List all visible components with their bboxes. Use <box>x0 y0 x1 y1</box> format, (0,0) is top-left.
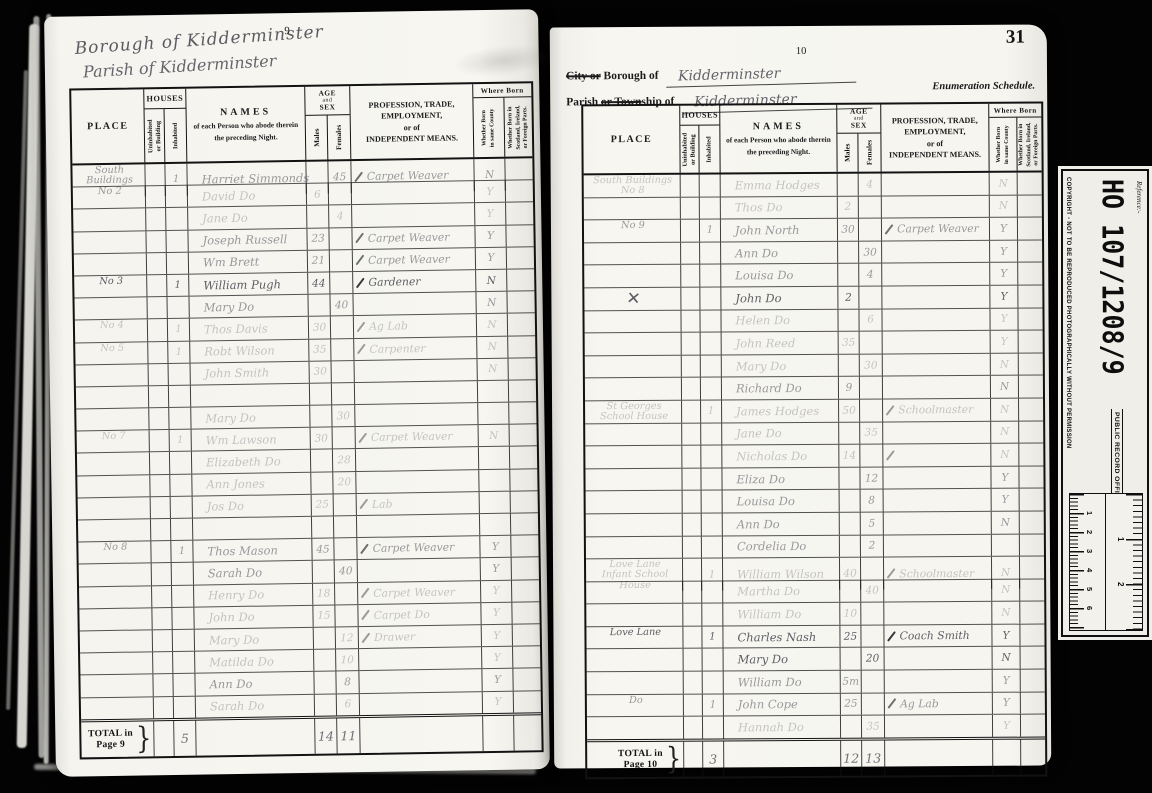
table-body: South Buildings No 8Emma Hodges4NThos Do… <box>584 173 1045 740</box>
ruler-number: 1 <box>1085 511 1094 515</box>
cell-b1: Y <box>475 203 506 225</box>
handwritten-text: Y <box>1001 471 1008 483</box>
cell-name: Mary Do <box>195 628 314 651</box>
handwritten-text: Mary Do <box>204 299 255 314</box>
cell-b1: Y <box>990 218 1018 240</box>
handwritten-text: Eliza Do <box>736 472 785 486</box>
handwritten-text: Nicholas Do <box>736 449 807 463</box>
cell-u <box>683 581 702 603</box>
cell-name: Elizabeth Do <box>192 450 311 473</box>
handwritten-text: Coach Smith <box>900 629 970 642</box>
cell-i: 1 <box>170 430 192 452</box>
handwritten-text: 50 <box>842 404 855 416</box>
cell-f <box>860 332 883 354</box>
cell-i <box>172 563 194 585</box>
header-where-born-label: Where Born <box>473 83 531 98</box>
handwritten-text: Thos Mason <box>207 543 278 558</box>
cell-place: South Buildings No 8 <box>584 175 681 197</box>
cell-b2 <box>1019 466 1043 488</box>
cell-place <box>76 364 149 386</box>
cell-prof <box>884 512 992 534</box>
header-names-line3: the preceding Night. <box>747 147 810 156</box>
cell-f <box>859 286 882 308</box>
handwritten-text: 5 <box>868 517 875 529</box>
cell-name: Jane Do <box>722 422 839 444</box>
handwritten-text: Mary Do <box>736 359 787 373</box>
profession-line2: EMPLOYMENT, <box>381 110 442 122</box>
profession-line4: INDEPENDENT MEANS. <box>889 149 981 161</box>
check-mark <box>358 432 367 443</box>
cell-b2 <box>510 447 537 469</box>
cell-place <box>585 446 682 468</box>
cell-place: No 4 <box>75 320 148 342</box>
cell-i <box>703 717 724 739</box>
census-row: Louisa Do4Y <box>584 263 1042 288</box>
total-brace: } <box>666 743 681 775</box>
cell-place: No 3 <box>74 275 147 297</box>
ruler-number: 5 <box>1085 587 1094 591</box>
handwritten-text: Ann Do <box>737 517 780 531</box>
handwritten-text: Y <box>1000 245 1007 257</box>
cell-b1: Y <box>475 181 506 203</box>
check-mark <box>355 233 364 244</box>
handwritten-text: 35 <box>866 721 879 733</box>
cell-m <box>841 716 862 738</box>
handwritten-text: Ag Lab <box>900 697 939 710</box>
handwritten-text: Jos Do <box>207 499 244 514</box>
cell-u <box>683 536 702 558</box>
cell-place: Love Lane <box>586 627 683 649</box>
header-names: NAMES of each Person who abode therein t… <box>720 105 837 173</box>
cell-place <box>586 536 683 558</box>
cell-u <box>682 333 701 355</box>
cell-b1: N <box>991 421 1019 443</box>
cell-name: Robt Wilson <box>190 339 309 362</box>
cell-u <box>683 604 702 626</box>
cell-b1: Y <box>992 625 1020 647</box>
handwritten-text: 9 <box>846 382 853 394</box>
handwritten-text: 25 <box>844 630 857 642</box>
handwritten-text: N <box>485 169 494 181</box>
total-uninhabited-cell <box>684 741 703 776</box>
cell-prof: Carpet Do <box>358 603 481 626</box>
x-mark: ✕ <box>588 287 679 314</box>
cell-b2 <box>1021 692 1045 714</box>
handwritten-text: 18 <box>317 588 331 600</box>
cell-f <box>860 399 883 421</box>
cell-m <box>314 627 336 649</box>
handwritten-text: Y <box>1002 494 1009 506</box>
cell-f: 20 <box>333 472 356 494</box>
handwritten-text: Y <box>1003 697 1010 709</box>
handwritten-text: 35 <box>313 344 327 356</box>
handwritten-text: Joseph Russell <box>202 232 287 247</box>
cell-place <box>586 514 683 536</box>
cell-i <box>173 652 195 674</box>
cell-f: 30 <box>860 354 883 376</box>
cell-name: James Hodges <box>722 400 839 422</box>
cell-m <box>839 354 860 376</box>
cell-prof <box>883 331 991 353</box>
cell-f <box>859 219 882 241</box>
handwritten-text: 5m <box>842 676 859 688</box>
cell-prof <box>885 647 993 669</box>
cell-b1: Y <box>481 558 512 580</box>
total-brace: } <box>136 723 152 755</box>
pencil-smudge <box>452 41 555 81</box>
handwritten-text: 1 <box>177 435 184 446</box>
cell-b2 <box>1020 489 1044 511</box>
handwritten-text: Schoolmaster <box>899 566 974 579</box>
census-page-left: Borough of Kidderminster Parish of Kidde… <box>44 9 550 777</box>
total-born-county-cell <box>993 740 1021 775</box>
header-males-label: Males <box>312 118 321 158</box>
census-page-right: 10 31 City or Borough of Kidderminster P… <box>550 24 1052 768</box>
cell-m: 30 <box>311 428 333 450</box>
cell-u <box>149 408 169 429</box>
cell-place <box>585 378 682 400</box>
cell-m: 35 <box>839 332 860 354</box>
cell-name: Sarah Do <box>194 561 313 584</box>
handwritten-text: 1 <box>175 280 182 291</box>
handwritten-text: 45 <box>316 543 330 555</box>
cell-m <box>315 694 337 716</box>
handwritten-text: 23 <box>311 233 325 245</box>
cell-prof <box>356 470 479 493</box>
cell-i <box>702 604 723 626</box>
total-inhabited-cell: 3 <box>703 741 724 776</box>
handwritten-text: 2 <box>869 540 876 552</box>
ruler: 12 123456 <box>1069 493 1143 631</box>
check-mark <box>361 610 370 621</box>
cell-prof <box>882 308 990 330</box>
cell-u <box>151 497 171 518</box>
cell-place <box>587 672 684 694</box>
cell-m: 35 <box>309 339 331 361</box>
handwritten-text: 40 <box>843 568 856 580</box>
cell-m <box>307 206 329 228</box>
handwritten-text: 10 <box>844 608 857 620</box>
total-uninhabited-cell <box>154 721 175 756</box>
cell-m <box>838 309 859 331</box>
cell-f: 35 <box>860 422 883 444</box>
census-row: Love Lane Infant School House1William Wi… <box>586 557 1044 582</box>
total-males: 14 <box>318 728 334 743</box>
cell-u <box>681 288 700 310</box>
cell-f <box>332 361 355 383</box>
table-body: South Buildings No 21Harriet Simmonds45C… <box>72 158 541 719</box>
check-mark <box>354 171 363 182</box>
handwritten-text: Y <box>1000 268 1007 280</box>
cell-prof <box>883 421 991 443</box>
handwritten-text: 40 <box>865 585 878 597</box>
cell-place <box>73 209 146 231</box>
cell-i: 1 <box>700 220 721 242</box>
total-born-elsewhere-cell <box>1021 739 1045 774</box>
cell-b2 <box>1018 263 1042 285</box>
cell-prof: Carpet Weaver <box>882 218 990 240</box>
cell-b1: Y <box>475 225 506 247</box>
header-houses-label: HOUSES <box>144 89 185 110</box>
cell-u <box>684 694 703 716</box>
cell-u <box>681 220 700 242</box>
cell-b2 <box>1019 353 1043 375</box>
cell-b1: N <box>992 579 1020 601</box>
cell-f <box>861 603 884 625</box>
cell-b1: Y <box>480 536 511 558</box>
cell-m: 30 <box>309 317 331 339</box>
cell-u <box>147 275 167 296</box>
cell-b1: Y <box>990 240 1018 262</box>
handwritten-text: 1 <box>179 546 186 557</box>
cell-prof <box>359 669 482 692</box>
cell-u <box>148 342 168 363</box>
cell-f: 20 <box>862 648 885 670</box>
cell-prof <box>353 292 476 315</box>
cell-u <box>149 364 169 385</box>
cell-u <box>683 626 702 648</box>
cell-m <box>840 535 861 557</box>
handwritten-text: Richard Do <box>736 381 802 395</box>
cell-name: John Smith <box>191 361 310 384</box>
cell-i <box>700 310 721 332</box>
borough-of-label: Borough of <box>603 70 658 82</box>
census-row: William Do5mY <box>587 670 1045 695</box>
header-born-elsewhere-label: Whether Born in Scotland, Ireland, or Fo… <box>1018 115 1041 173</box>
census-row: No 91John North30Carpet WeaverY <box>584 218 1042 243</box>
cell-b2 <box>1018 173 1042 195</box>
handwritten-text: 15 <box>317 610 331 622</box>
cell-b2 <box>1019 376 1043 398</box>
handwritten-text: No 3 <box>78 276 144 287</box>
cell-f: 4 <box>859 264 882 286</box>
cell-b1 <box>479 447 510 469</box>
check-mark <box>361 588 370 599</box>
cell-prof <box>352 204 475 227</box>
census-row: Do1John Cope25Ag LabY <box>587 692 1045 717</box>
handwritten-text: N <box>1001 607 1010 619</box>
cell-place <box>587 649 684 671</box>
ruler-number: 1 <box>1116 537 1125 541</box>
cell-place <box>584 265 681 287</box>
cell-name: Mary Do <box>722 355 839 377</box>
cell-m <box>839 422 860 444</box>
cell-u <box>151 541 171 562</box>
check-mark <box>359 499 368 510</box>
cell-name: Cordelia Do <box>723 535 840 557</box>
handwritten-text: Louisa Do <box>737 494 795 508</box>
handwritten-text: 1 <box>707 225 713 236</box>
handwritten-text: 4 <box>866 178 873 190</box>
cell-u <box>147 297 167 318</box>
cell-f: 8 <box>336 671 359 693</box>
census-row: Richard Do9N <box>585 376 1043 401</box>
cell-place <box>78 497 151 519</box>
cell-f <box>333 427 356 449</box>
cell-b1: Y <box>990 286 1018 308</box>
cell-name: Nicholas Do <box>722 445 839 467</box>
cell-m: 5m <box>841 671 862 693</box>
header-age-sex: AGE and SEX Males Females <box>305 86 351 160</box>
total-profession-cell <box>885 740 993 776</box>
header-males: Males <box>837 134 858 172</box>
cell-i: 1 <box>168 341 190 363</box>
handwritten-text: 45 <box>333 171 347 183</box>
cell-i <box>703 672 724 694</box>
cell-name: Louisa Do <box>721 264 838 286</box>
census-row: Mary Do30N <box>585 353 1043 378</box>
handwritten-text: 2 <box>844 201 851 213</box>
cell-m <box>841 648 862 670</box>
header-where-born: Where Born Whether Born in same County W… <box>473 83 532 157</box>
ruler-cm-scale: 123456 <box>1070 494 1106 630</box>
census-row: Cordelia Do2 <box>586 534 1044 559</box>
cell-name: John North <box>721 219 838 241</box>
header-inhabited-label: Inhabited <box>171 110 180 160</box>
cell-b2 <box>1021 670 1045 692</box>
cell-u <box>682 378 701 400</box>
cell-name: Ann Do <box>723 513 840 535</box>
header-born-county-label: Whether Born in same County <box>995 115 1010 173</box>
cell-i <box>167 252 189 274</box>
handwritten-text: South Buildings No 8 <box>588 176 678 197</box>
header-born-county: Whether Born in same County <box>473 98 505 157</box>
cell-name: Helen Do <box>721 309 838 331</box>
cell-prof <box>884 534 992 556</box>
total-names-cell <box>196 718 316 755</box>
handwritten-text: Mary Do <box>205 410 256 425</box>
handwritten-text: 30 <box>337 410 351 422</box>
census-row: Love Lane1Charles Nash25Coach SmithY <box>586 624 1044 649</box>
cell-name: Mary Do <box>724 648 841 670</box>
cell-i <box>702 581 723 603</box>
cell-name: John Cope <box>724 693 841 715</box>
handwritten-text: Henry Do <box>208 588 264 603</box>
total-males-cell: 14 <box>315 718 338 753</box>
cell-u <box>683 514 702 536</box>
cell-b1 <box>992 534 1020 556</box>
cell-prof <box>883 467 991 489</box>
cell-b2 <box>506 180 533 202</box>
cell-b2 <box>512 558 539 580</box>
handwritten-text: Matilda Do <box>209 654 274 669</box>
cell-b1: N <box>479 425 510 447</box>
cell-m <box>313 561 335 583</box>
cell-prof: Drawer <box>359 625 482 648</box>
header-age-sex: AGE and SEX Males Females <box>837 105 881 172</box>
cell-m <box>308 295 330 317</box>
cell-i <box>700 242 721 264</box>
cell-prof: Carpet Weaver <box>357 536 480 559</box>
handwritten-text: 30 <box>313 321 327 333</box>
cell-i: 1 <box>167 275 189 297</box>
folio-stamp: 31 <box>1006 27 1025 49</box>
cell-i <box>700 197 721 219</box>
cell-b2 <box>507 247 534 269</box>
cell-f: 4 <box>859 174 882 196</box>
cell-b2 <box>513 624 540 646</box>
cell-b2 <box>508 314 535 336</box>
cell-f <box>334 494 357 516</box>
handwritten-text: Thos Do <box>735 200 783 214</box>
cell-name: William Do <box>724 671 841 693</box>
cell-place: No 9 <box>584 220 681 242</box>
census-row: Hannah Do35Y <box>587 715 1045 739</box>
cell-prof: Gardener <box>353 270 476 293</box>
cell-prof <box>884 602 992 624</box>
handwritten-text: Wm Brett <box>203 255 260 270</box>
cell-f <box>860 445 883 467</box>
cell-b2 <box>1018 285 1042 307</box>
cell-prof: Ag Lab <box>354 314 477 337</box>
cell-i <box>701 378 722 400</box>
handwritten-text: John Reed <box>736 336 796 350</box>
handwritten-text: Mary Do <box>209 632 260 647</box>
cell-m: 10 <box>840 603 861 625</box>
header-names-line1: NAMES <box>753 121 804 132</box>
census-row: Helen Do6Y <box>584 308 1042 333</box>
cell-i <box>173 630 195 652</box>
cell-place <box>587 717 684 739</box>
handwritten-text: N <box>489 430 498 442</box>
cell-i <box>700 287 721 309</box>
cell-b2 <box>511 513 538 535</box>
cell-b2 <box>509 380 536 402</box>
handwritten-text: N <box>488 363 497 375</box>
cell-b1: N <box>477 336 508 358</box>
handwritten-text: N <box>1001 567 1010 579</box>
cell-b1 <box>478 381 509 403</box>
cell-place <box>79 586 152 608</box>
cell-m: 9 <box>839 377 860 399</box>
header-uninhabited-label: Uninhabited or Building <box>681 124 697 174</box>
cell-b1: N <box>476 270 507 292</box>
cell-i: 1 <box>701 400 722 422</box>
total-males-cell: 12 <box>841 740 862 775</box>
cell-b1: N <box>477 314 508 336</box>
cell-u <box>682 423 701 445</box>
handwritten-text: Charles Nash <box>737 630 816 644</box>
handwritten-text: Martha Do <box>737 584 800 598</box>
cell-place <box>79 608 152 630</box>
cell-prof <box>884 580 992 602</box>
cell-name: Matilda Do <box>195 650 314 673</box>
cell-name: Ann Do <box>721 242 838 264</box>
handwritten-text: Ann Do <box>209 677 252 692</box>
handwritten-text: Y <box>486 186 493 198</box>
cell-name: Mary Do <box>191 406 310 429</box>
census-row: John Reed35Y <box>585 331 1043 356</box>
cell-f: 12 <box>860 467 883 489</box>
cell-b1: N <box>991 353 1019 375</box>
check-mark <box>886 405 895 416</box>
cell-m <box>840 580 861 602</box>
cell-u <box>682 468 701 490</box>
cell-prof: Coach Smith <box>884 625 992 647</box>
cell-name: Joseph Russell <box>188 228 307 251</box>
header-born-county: Whether Born in same County <box>989 118 1017 171</box>
handwritten-text: 21 <box>312 255 326 267</box>
ruler-number: 2 <box>1085 530 1094 534</box>
cell-u <box>149 386 169 407</box>
cell-place <box>585 355 682 377</box>
cell-prof <box>883 354 991 376</box>
cell-u <box>681 197 700 219</box>
copyright-notice: COPYRIGHT - NOT TO BE REPRODUCED PHOTOGR… <box>1065 177 1071 449</box>
cell-u <box>146 231 166 252</box>
cell-name: Thos Davis <box>190 317 309 340</box>
handwritten-text: Carpet Weaver <box>373 585 455 599</box>
